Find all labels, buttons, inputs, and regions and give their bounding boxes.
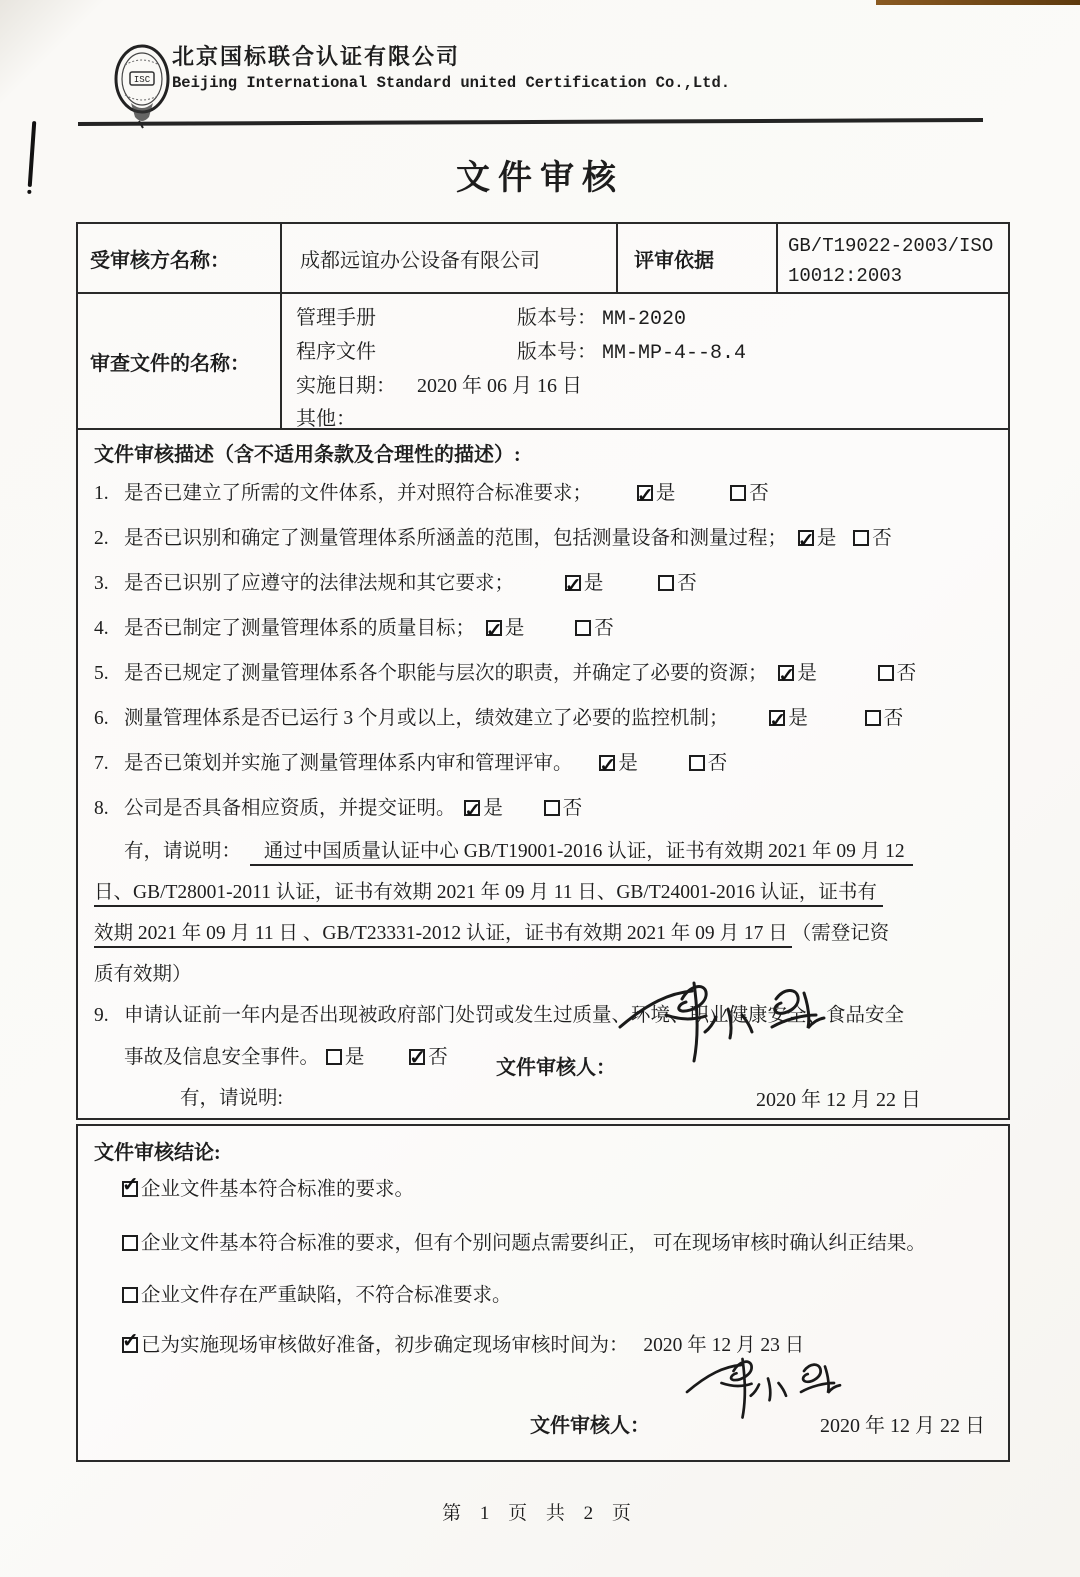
no-checkbox: 否 [575, 618, 614, 639]
doc1-name: 管理手册 [296, 302, 512, 335]
implementation-date-label: 实施日期： [296, 370, 412, 403]
option-text: 企业文件存在严重缺陷，不符合标准要求。 [141, 1285, 512, 1306]
checkbox-yes-icon [599, 755, 615, 771]
checkbox-yes-icon [486, 620, 502, 636]
yes-checkbox: 是 [778, 663, 817, 684]
no-checkbox: 否 [409, 1047, 448, 1068]
item-text: 是否已识别了应遵守的法律法规和其它要求； [124, 573, 514, 594]
checkbox-no-icon [658, 575, 674, 591]
item-text: 是否已建立了所需的文件体系，并对照符合标准要求； [124, 483, 592, 504]
checklist-item-5: 5.是否已规定了测量管理体系各个职能与层次的职责，并确定了必要的资源； 是 否 [94, 651, 994, 696]
review-date: 2020 年 12 月 22 日 [820, 1409, 985, 1438]
page-number-footer: 第 1 页 共 2 页 [0, 1498, 1080, 1525]
doc1-line: 管理手册 版本号： MM-2020 [296, 302, 998, 336]
checkbox-no-icon [730, 485, 746, 501]
item-number: 2. [94, 516, 124, 561]
header-divider [78, 118, 983, 125]
checkbox-yes-icon [637, 485, 653, 501]
checkbox-icon [122, 1287, 138, 1303]
yes-checkbox: 是 [599, 753, 638, 774]
item-number: 8. [94, 786, 124, 831]
checklist-item-2: 2.是否已识别和确定了测量管理体系所涵盖的范围，包括测量设备和测量过程； 是 否 [94, 516, 994, 561]
no-checkbox: 否 [853, 528, 892, 549]
certification-seal-logo: ISC [103, 33, 181, 134]
yes-checkbox: 是 [565, 573, 604, 594]
item-text: 是否已规定了测量管理体系各个职能与层次的职责，并确定了必要的资源； [124, 663, 768, 684]
checkbox-yes-icon [326, 1049, 342, 1065]
implementation-date-line: 实施日期： 2020 年 06 月 16 日 [296, 370, 998, 403]
item8-note-line3: 效期 2021 年 09 月 11 日 、GB/T23331-2012 认证，证… [94, 913, 994, 954]
reviewer-label: 文件审核人： [496, 1051, 616, 1080]
checklist-item-4: 4.是否已制定了测量管理体系的质量目标； 是 否 [94, 606, 994, 651]
item-number: 4. [94, 606, 124, 651]
reviewer-label: 文件审核人： [530, 1409, 650, 1438]
no-label: 否 [428, 1047, 448, 1068]
checkbox-yes-icon [778, 665, 794, 681]
conclusion-option-3: 企业文件存在严重缺陷，不符合标准要求。 [94, 1281, 994, 1311]
conclusion-option-1: 企业文件基本符合标准的要求。 [94, 1175, 994, 1205]
note-label: 有，请说明： [124, 841, 241, 862]
checkbox-icon [122, 1235, 138, 1251]
page-title: 文件审核 [0, 150, 1080, 199]
checkbox-no-icon [544, 800, 560, 816]
checklist-item-8: 8.公司是否具备相应资质，并提交证明。 是 否 [94, 786, 994, 831]
no-label: 否 [897, 663, 917, 684]
checklist-item-6: 6.测量管理体系是否已运行 3 个月或以上，绩效建立了必要的监控机制； 是 否 [94, 696, 994, 741]
yes-label: 是 [788, 708, 808, 729]
item8-note-line1: 有，请说明： 通过中国质量认证中心 GB/T19001-2016 认证，证书有效… [94, 831, 994, 872]
yes-checkbox: 是 [326, 1047, 365, 1068]
checkbox-no-icon [409, 1049, 425, 1065]
option-text: 企业文件基本符合标准的要求，但有个别问题点需要纠正， 可在现场审核时确认纠正结果… [141, 1233, 926, 1254]
review-date: 2020 年 12 月 22 日 [756, 1083, 921, 1112]
yes-label: 是 [817, 528, 837, 549]
yes-label: 是 [483, 798, 503, 819]
document-review-table: 受审核方名称： 成都远谊办公设备有限公司 评审依据 GB/T19022-2003… [76, 222, 1010, 1120]
yes-label: 是 [797, 663, 817, 684]
checkbox-yes-icon [798, 530, 814, 546]
review-basis-label: 评审依据 [618, 224, 778, 292]
conclusion-option-4: 已为实施现场审核做好准备，初步确定现场审核时间为： 2020 年 12 月 23… [94, 1331, 994, 1361]
no-label: 否 [677, 573, 697, 594]
item8-note-line2: 日、GB/T28001-2011 认证，证书有效期 2021 年 09 月 11… [94, 872, 994, 913]
no-checkbox: 否 [658, 573, 697, 594]
item-number: 5. [94, 651, 124, 696]
yes-label: 是 [618, 753, 638, 774]
checkbox-no-icon [575, 620, 591, 636]
conclusion-option-2: 企业文件基本符合标准的要求，但有个别问题点需要纠正， 可在现场审核时确认纠正结果… [94, 1229, 994, 1259]
checklist-item-3: 3.是否已识别了应遵守的法律法规和其它要求； 是 否 [94, 561, 994, 606]
item-number: 1. [94, 471, 124, 516]
yes-checkbox: 是 [486, 618, 525, 639]
checklist-item-1: 1.是否已建立了所需的文件体系，并对照符合标准要求； 是 否 [94, 471, 994, 516]
item-text: 是否已识别和确定了测量管理体系所涵盖的范围，包括测量设备和测量过程； [124, 528, 787, 549]
checkbox-icon [122, 1181, 138, 1197]
checkbox-yes-icon [769, 710, 785, 726]
item-text: 事故及信息安全事件。 [124, 1047, 319, 1068]
yes-checkbox: 是 [798, 528, 837, 549]
checklist-item-9: 9.申请认证前一年内是否出现被政府部门处罚或发生过质量、环境、职业健康安全、食品… [94, 995, 994, 1037]
item-number: 6. [94, 696, 124, 741]
note-label: 有，请说明: [180, 1088, 283, 1109]
checkbox-no-icon [689, 755, 705, 771]
other-label: 其他： [296, 408, 356, 430]
no-checkbox: 否 [544, 798, 583, 819]
conclusion-title: 文件审核结论: [94, 1136, 994, 1165]
item8-note-line4: 质有效期） [94, 954, 994, 995]
reviewed-documents-row: 审查文件的名称： 管理手册 版本号： MM-2020 程序文件 版本号： MM-… [78, 294, 1008, 430]
yes-label: 是 [656, 483, 676, 504]
no-label: 否 [872, 528, 892, 549]
option-text: 企业文件基本符合标准的要求。 [141, 1179, 414, 1200]
doc1-version-value: MM-2020 [602, 308, 686, 331]
checklist-item-7: 7.是否已策划并实施了测量管理体系内审和管理评审。 是 否 [94, 741, 994, 786]
no-checkbox: 否 [878, 663, 917, 684]
item-number: 7. [94, 741, 124, 786]
item-text: 公司是否具备相应资质，并提交证明。 [124, 798, 456, 819]
no-checkbox: 否 [865, 708, 904, 729]
yes-label: 是 [345, 1047, 365, 1068]
no-label: 否 [884, 708, 904, 729]
yes-checkbox: 是 [637, 483, 676, 504]
note-plain-text: （需登记资 [792, 923, 890, 944]
auditee-value: 成都远谊办公设备有限公司 [282, 224, 618, 292]
no-checkbox: 否 [689, 753, 728, 774]
checkbox-yes-icon [464, 800, 480, 816]
doc2-version-label: 版本号： [517, 341, 597, 363]
note-plain-text: 质有效期） [94, 964, 192, 985]
no-label: 否 [594, 618, 614, 639]
yes-label: 是 [505, 618, 525, 639]
implementation-date-value: 2020 年 06 月 16 日 [417, 375, 582, 397]
no-label: 否 [563, 798, 583, 819]
auditee-label: 受审核方名称： [78, 224, 282, 292]
review-description-section: 文件审核描述（含不适用条款及合理性的描述）: 1.是否已建立了所需的文件体系，并… [78, 430, 1008, 1118]
scan-artifact-top-bar [876, 0, 1080, 5]
note-underlined-text: 效期 2021 年 09 月 11 日 、GB/T23331-2012 认证，证… [94, 923, 792, 948]
item-number: 3. [94, 561, 124, 606]
no-label: 否 [708, 753, 728, 774]
logo-isc-text: ISC [134, 75, 151, 85]
auditee-row: 受审核方名称： 成都远谊办公设备有限公司 评审依据 GB/T19022-2003… [78, 224, 1008, 294]
option-text: 已为实施现场审核做好准备，初步确定现场审核时间为： [141, 1335, 629, 1356]
note-underlined-text: 日、GB/T28001-2011 认证，证书有效期 2021 年 09 月 11… [94, 882, 883, 907]
company-name-chinese: 北京国标联合认证有限公司 [172, 40, 460, 71]
checkbox-no-icon [878, 665, 894, 681]
documents-detail: 管理手册 版本号： MM-2020 程序文件 版本号： MM-MP-4--8.4… [282, 294, 1008, 428]
doc2-line: 程序文件 版本号： MM-MP-4--8.4 [296, 336, 998, 370]
checkbox-no-icon [853, 530, 869, 546]
item-number: 9. [94, 995, 124, 1037]
note-underlined-text: 通过中国质量认证中心 GB/T19001-2016 认证，证书有效期 2021 … [250, 841, 913, 866]
description-title: 文件审核描述（含不适用条款及合理性的描述）: [94, 438, 994, 467]
item-text: 是否已策划并实施了测量管理体系内审和管理评审。 [124, 753, 573, 774]
yes-checkbox: 是 [464, 798, 503, 819]
reviewer-signature-handwriting [608, 965, 848, 1070]
company-name-english: Beijing International Standard united Ce… [172, 74, 730, 92]
doc2-name: 程序文件 [296, 336, 512, 369]
documents-label: 审查文件的名称： [78, 294, 282, 428]
checkbox-no-icon [865, 710, 881, 726]
doc1-version-label: 版本号： [517, 307, 597, 329]
doc2-version-value: MM-MP-4--8.4 [602, 342, 746, 365]
review-basis-value: GB/T19022-2003/ISO10012:2003 [778, 224, 1008, 292]
yes-label: 是 [584, 573, 604, 594]
item-text: 是否已制定了测量管理体系的质量目标； [124, 618, 475, 639]
item-text: 测量管理体系是否已运行 3 个月或以上，绩效建立了必要的监控机制； [124, 708, 729, 729]
no-label: 否 [749, 483, 769, 504]
checkbox-icon [122, 1337, 138, 1353]
no-checkbox: 否 [730, 483, 769, 504]
yes-checkbox: 是 [769, 708, 808, 729]
checkbox-yes-icon [565, 575, 581, 591]
review-conclusion-section: 文件审核结论: 企业文件基本符合标准的要求。 企业文件基本符合标准的要求，但有个… [76, 1124, 1010, 1462]
